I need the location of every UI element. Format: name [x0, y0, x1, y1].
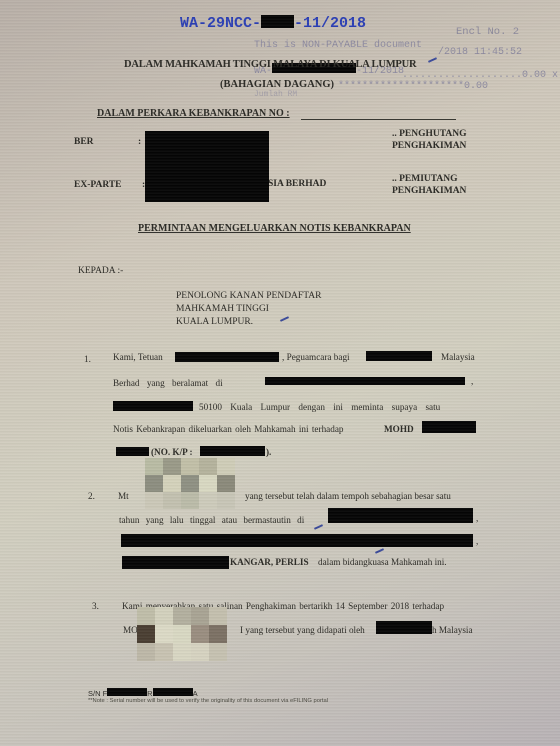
redaction-box	[107, 688, 147, 696]
case-number-suffix: -11/2018	[294, 15, 366, 32]
request-title: PERMINTAAN MENGELUARKAN NOTIS KEBANKRAPA…	[138, 223, 411, 234]
redaction-box	[261, 15, 294, 28]
pixelated-name-redaction	[145, 458, 235, 509]
pen-tick-mark	[375, 548, 384, 554]
party-colon-debtor: :	[138, 137, 141, 147]
serial-number: S/N FRA	[88, 688, 198, 698]
redaction-box	[116, 447, 149, 456]
para-text: MO	[123, 625, 138, 635]
redaction-box	[200, 446, 265, 456]
role-line: .. PENGHUTANG	[392, 128, 467, 140]
addressee-line: MAHKAMAH TINGGI	[176, 303, 321, 316]
para-text: Kami, Tetuan	[113, 352, 163, 362]
para-text: Malaysia	[441, 352, 475, 362]
redaction-box	[153, 688, 193, 696]
to-label: KEPADA :-	[78, 266, 123, 276]
pixelated-name-redaction	[137, 607, 227, 661]
matter-number-underline	[301, 119, 456, 120]
redaction-box	[376, 621, 432, 634]
para-text: yang tersebut telah dalam tempoh sebahag…	[245, 491, 451, 501]
redaction-box	[113, 401, 193, 411]
para-text-bold: KANGAR, PERLIS	[230, 557, 309, 567]
para-text: I yang tersebut yang didapati oleh	[240, 625, 365, 635]
para-text: Notis Kebankrapan dikeluarkan oleh Mahka…	[113, 424, 344, 434]
party-name-creditor: SIA BERHAD	[268, 179, 326, 189]
para-text: Berhad yang beralamat di	[113, 378, 223, 388]
serial-end: A	[193, 689, 198, 698]
redaction-box	[175, 352, 279, 362]
para-text: ,	[476, 536, 478, 546]
para-text-bold: ).	[266, 447, 271, 457]
stamp-total-label: Jumlah RM	[254, 90, 297, 99]
role-line: .. PEMIUTANG	[392, 173, 466, 185]
paragraph-1-number: 1.	[84, 354, 91, 364]
case-number: WA-29NCC--11/2018	[180, 15, 366, 32]
addressee-line: PENOLONG KANAN PENDAFTAR	[176, 290, 321, 303]
para-text: ,	[471, 376, 473, 386]
enclosure-number: Encl No. 2	[456, 26, 519, 38]
stamp-fee-line: ....................0.00 x 1	[402, 70, 560, 81]
redaction-box	[265, 377, 465, 385]
serial-verification-note: **Note : Serial number will be used to v…	[88, 698, 328, 704]
addressee-block: PENOLONG KANAN PENDAFTAR MAHKAMAH TINGGI…	[176, 290, 321, 329]
court-division: (BAHAGIAN DAGANG)	[220, 79, 334, 90]
court-title: DALAM MAHKAMAH TINGGI MALAYA DI KUALA LU…	[124, 59, 416, 70]
party-role-creditor: .. PEMIUTANG PENGHAKIMAN	[392, 173, 466, 197]
pen-tick-mark	[314, 524, 323, 530]
addressee-line: KUALA LUMPUR.	[176, 316, 321, 329]
serial-prefix: S/N F	[88, 689, 107, 698]
para-text: ,	[476, 513, 478, 523]
redaction-box	[422, 421, 476, 433]
para-text: Mt	[118, 491, 129, 501]
redaction-box	[328, 508, 473, 523]
case-number-prefix: WA-29NCC-	[180, 15, 261, 32]
party-label-debtor: BER	[74, 137, 94, 147]
redaction-box	[366, 351, 432, 361]
para-text-bold: MOHD	[384, 424, 414, 434]
para-text: , Peguamcara bagi	[282, 352, 350, 362]
stamp-datetime: /2018 11:45:52	[438, 47, 522, 58]
redaction-box	[121, 534, 473, 547]
paragraph-2-number: 2.	[88, 491, 95, 501]
scanned-document-page: WA-29NCC--11/2018 Encl No. 2 This is NON…	[0, 0, 560, 746]
role-line: PENGHAKIMAN	[392, 140, 467, 152]
matter-heading: DALAM PERKARA KEBANKRAPAN NO :	[97, 108, 290, 119]
para-text: 50100 Kuala Lumpur dengan ini meminta su…	[199, 402, 440, 412]
para-text: tahun yang lalu tinggal atau bermastauti…	[119, 515, 304, 525]
matter-heading-text: DALAM PERKARA KEBANKRAPAN NO :	[97, 108, 290, 119]
pen-tick-mark	[428, 57, 437, 63]
para-text-bold: (NO. K/P :	[151, 447, 193, 457]
party-role-debtor: .. PENGHUTANG PENGHAKIMAN	[392, 128, 467, 152]
party-label-creditor: EX-PARTE	[74, 180, 122, 190]
role-line: PENGHAKIMAN	[392, 185, 466, 197]
stamp-line-nonpayable: This is NON-PAYABLE document	[254, 40, 422, 51]
stamp-total-line: *********************0.00	[338, 81, 488, 92]
redaction-box-parties	[145, 131, 269, 202]
para-text: dalam bidangkuasa Mahkamah ini.	[318, 557, 447, 567]
para-text: h Malaysia	[432, 625, 473, 635]
paragraph-3-number: 3.	[92, 601, 99, 611]
redaction-box	[122, 556, 229, 569]
